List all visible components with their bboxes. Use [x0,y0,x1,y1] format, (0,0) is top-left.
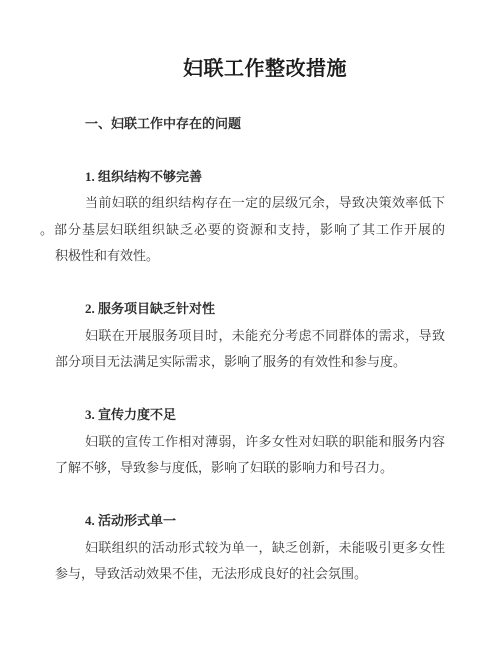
blank-line [55,482,445,509]
subsection-2-heading: 2. 服务项目缺乏针对性 [55,296,445,323]
paragraph-line: 妇联的宣传工作相对薄弱，许多女性对妇联的职能和服务内容 [55,429,445,456]
document-page: 妇联工作整改措施 一、妇联工作中存在的问题 1. 组织结构不够完善 当前妇联的组… [0,0,500,647]
subsection-3-paragraph: 妇联的宣传工作相对薄弱，许多女性对妇联的职能和服务内容 了解不够，导致参与度低，… [55,429,445,482]
subsection-2-paragraph: 妇联在开展服务项目时，未能充分考虑不同群体的需求，导致 部分项目无法满足实际需求… [55,323,445,376]
paragraph-line: 当前妇联的组织结构存在一定的层级冗余，导致决策效率低下 [55,190,445,217]
document-title: 妇联工作整改措施 [55,52,445,84]
blank-line [55,84,445,111]
subsection-3-heading: 3. 宣传力度不足 [55,402,445,429]
paragraph-line: 积极性和有效性。 [55,243,445,270]
paragraph-line: 了解不够，导致参与度低，影响了妇联的影响力和号召力。 [55,455,445,482]
subsection-4-heading: 4. 活动形式单一 [55,508,445,535]
subsection-1-heading: 1. 组织结构不够完善 [55,164,445,191]
subsection-1-paragraph: 当前妇联的组织结构存在一定的层级冗余，导致决策效率低下 。部分基层妇联组织缺乏必… [55,190,445,270]
paragraph-line: 。部分基层妇联组织缺乏必要的资源和支持，影响了其工作开展的 [40,217,445,244]
paragraph-line: 妇联在开展服务项目时，未能充分考虑不同群体的需求，导致 [55,323,445,350]
subsection-4-paragraph: 妇联组织的活动形式较为单一，缺乏创新，未能吸引更多女性 参与，导致活动效果不佳，… [55,535,445,588]
blank-line [55,137,445,164]
paragraph-line: 参与，导致活动效果不佳，无法形成良好的社会氛围。 [55,561,445,588]
paragraph-line: 部分项目无法满足实际需求，影响了服务的有效性和参与度。 [55,349,445,376]
blank-line [55,270,445,297]
blank-line [55,376,445,403]
paragraph-line: 妇联组织的活动形式较为单一，缺乏创新，未能吸引更多女性 [55,535,445,562]
overview-heading: 一、妇联工作中存在的问题 [55,111,445,138]
